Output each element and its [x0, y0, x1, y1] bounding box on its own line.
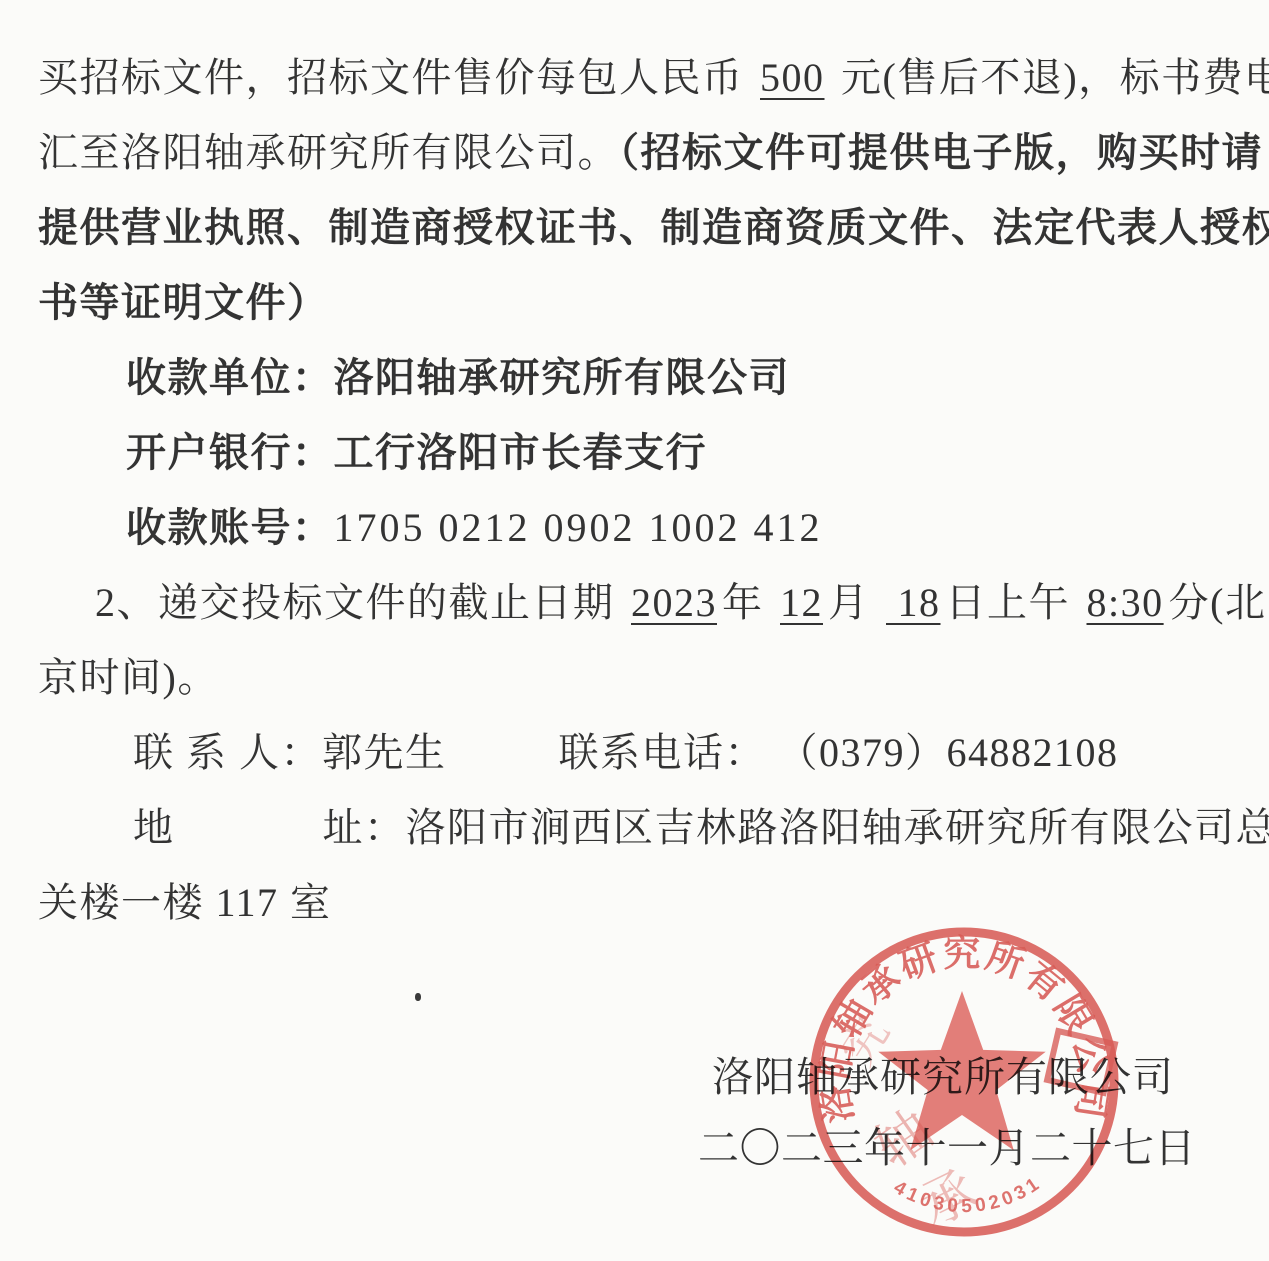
line-payment-3: 提供营业执照、制造商授权证书、制造商资质文件、法定代表人授权: [38, 190, 1245, 265]
deadline-day: 18: [881, 580, 946, 625]
line-bank: 开户银行：工行洛阳市长春支行: [38, 415, 1245, 490]
line-payee: 收款单位：洛阳轴承研究所有限公司: [38, 340, 1245, 415]
line-account: 收款账号：1705 0212 0902 1002 412: [38, 490, 1245, 565]
contact-person-value: 郭先生: [322, 730, 447, 775]
note-bold-start: （招标文件可提供电子版，购买时请: [619, 131, 1263, 175]
address-label-first: 地: [133, 805, 175, 850]
line-payment-4: 书等证明文件）: [38, 265, 1245, 340]
bank-label: 开户银行：: [126, 431, 334, 475]
bank-value: 工行洛阳市长春支行: [334, 431, 708, 475]
contact-phone-value: （0379）64882108: [778, 730, 1119, 775]
payee-label: 收款单位：: [126, 356, 334, 400]
note-bold-middle: 提供营业执照、制造商授权证书、制造商资质文件、法定代表人授权: [38, 206, 1269, 250]
account-number: 1705 0212 0902 1002 412: [334, 505, 823, 550]
line-deadline-wrap: 京时间)。: [38, 640, 1245, 715]
address-wrap-text: 关楼一楼 117 室: [38, 880, 332, 925]
payee-value: 洛阳轴承研究所有限公司: [334, 356, 791, 400]
note-bold-end: 书等证明文件）: [38, 281, 329, 325]
address-label-second: 址：: [323, 805, 406, 850]
scan-speck: [415, 993, 421, 1001]
contact-person-label: 联 系 人：: [133, 730, 322, 775]
account-label: 收款账号：: [126, 506, 334, 550]
deadline-year-suffix: 年: [722, 580, 764, 625]
deadline-prefix: 2、递交投标文件的截止日期: [95, 580, 615, 625]
line-payment-2: 汇至洛阳轴承研究所有限公司。（招标文件可提供电子版，购买时请: [38, 115, 1245, 190]
remit-text: 汇至洛阳轴承研究所有限公司。: [38, 130, 619, 175]
line-address: 地址：洛阳市涧西区吉林路洛阳轴承研究所有限公司总部机: [38, 790, 1245, 865]
line-contact: 联 系 人：郭先生联系电话： （0379）64882108: [38, 715, 1245, 790]
scanned-document-page: 买招标文件，招标文件售价每包人民币 500 元(售后不退)，标书费电 汇至洛阳轴…: [0, 0, 1269, 1261]
deadline-day-suffix: 日上午: [946, 580, 1071, 625]
deadline-wrap-text: 京时间)。: [38, 655, 219, 700]
deadline-month: 12: [775, 580, 828, 625]
line-deadline: 2、递交投标文件的截止日期 2023年 12月 18日上午 8:30分(北: [38, 565, 1245, 640]
contact-phone-label: 联系电话：: [559, 730, 767, 775]
payment-text-pre: 买招标文件，招标文件售价每包人民币: [38, 55, 744, 100]
payment-text-post: 元(售后不退)，标书费电: [841, 55, 1269, 100]
deadline-month-suffix: 月: [828, 580, 870, 625]
deadline-time-suffix: 分(北: [1169, 580, 1267, 625]
official-red-seal: 洛阳轴承研究所有限公司 4103050203109 轴 承 究: [804, 919, 1126, 1249]
address-value: 洛阳市涧西区吉林路洛阳轴承研究所有限公司总部机: [406, 805, 1269, 850]
price-underlined: 500: [755, 55, 830, 100]
deadline-year: 2023: [626, 580, 722, 625]
deadline-time: 8:30: [1082, 580, 1169, 625]
document-body: 买招标文件，招标文件售价每包人民币 500 元(售后不退)，标书费电 汇至洛阳轴…: [38, 40, 1245, 940]
line-payment-1: 买招标文件，招标文件售价每包人民币 500 元(售后不退)，标书费电: [38, 40, 1245, 115]
